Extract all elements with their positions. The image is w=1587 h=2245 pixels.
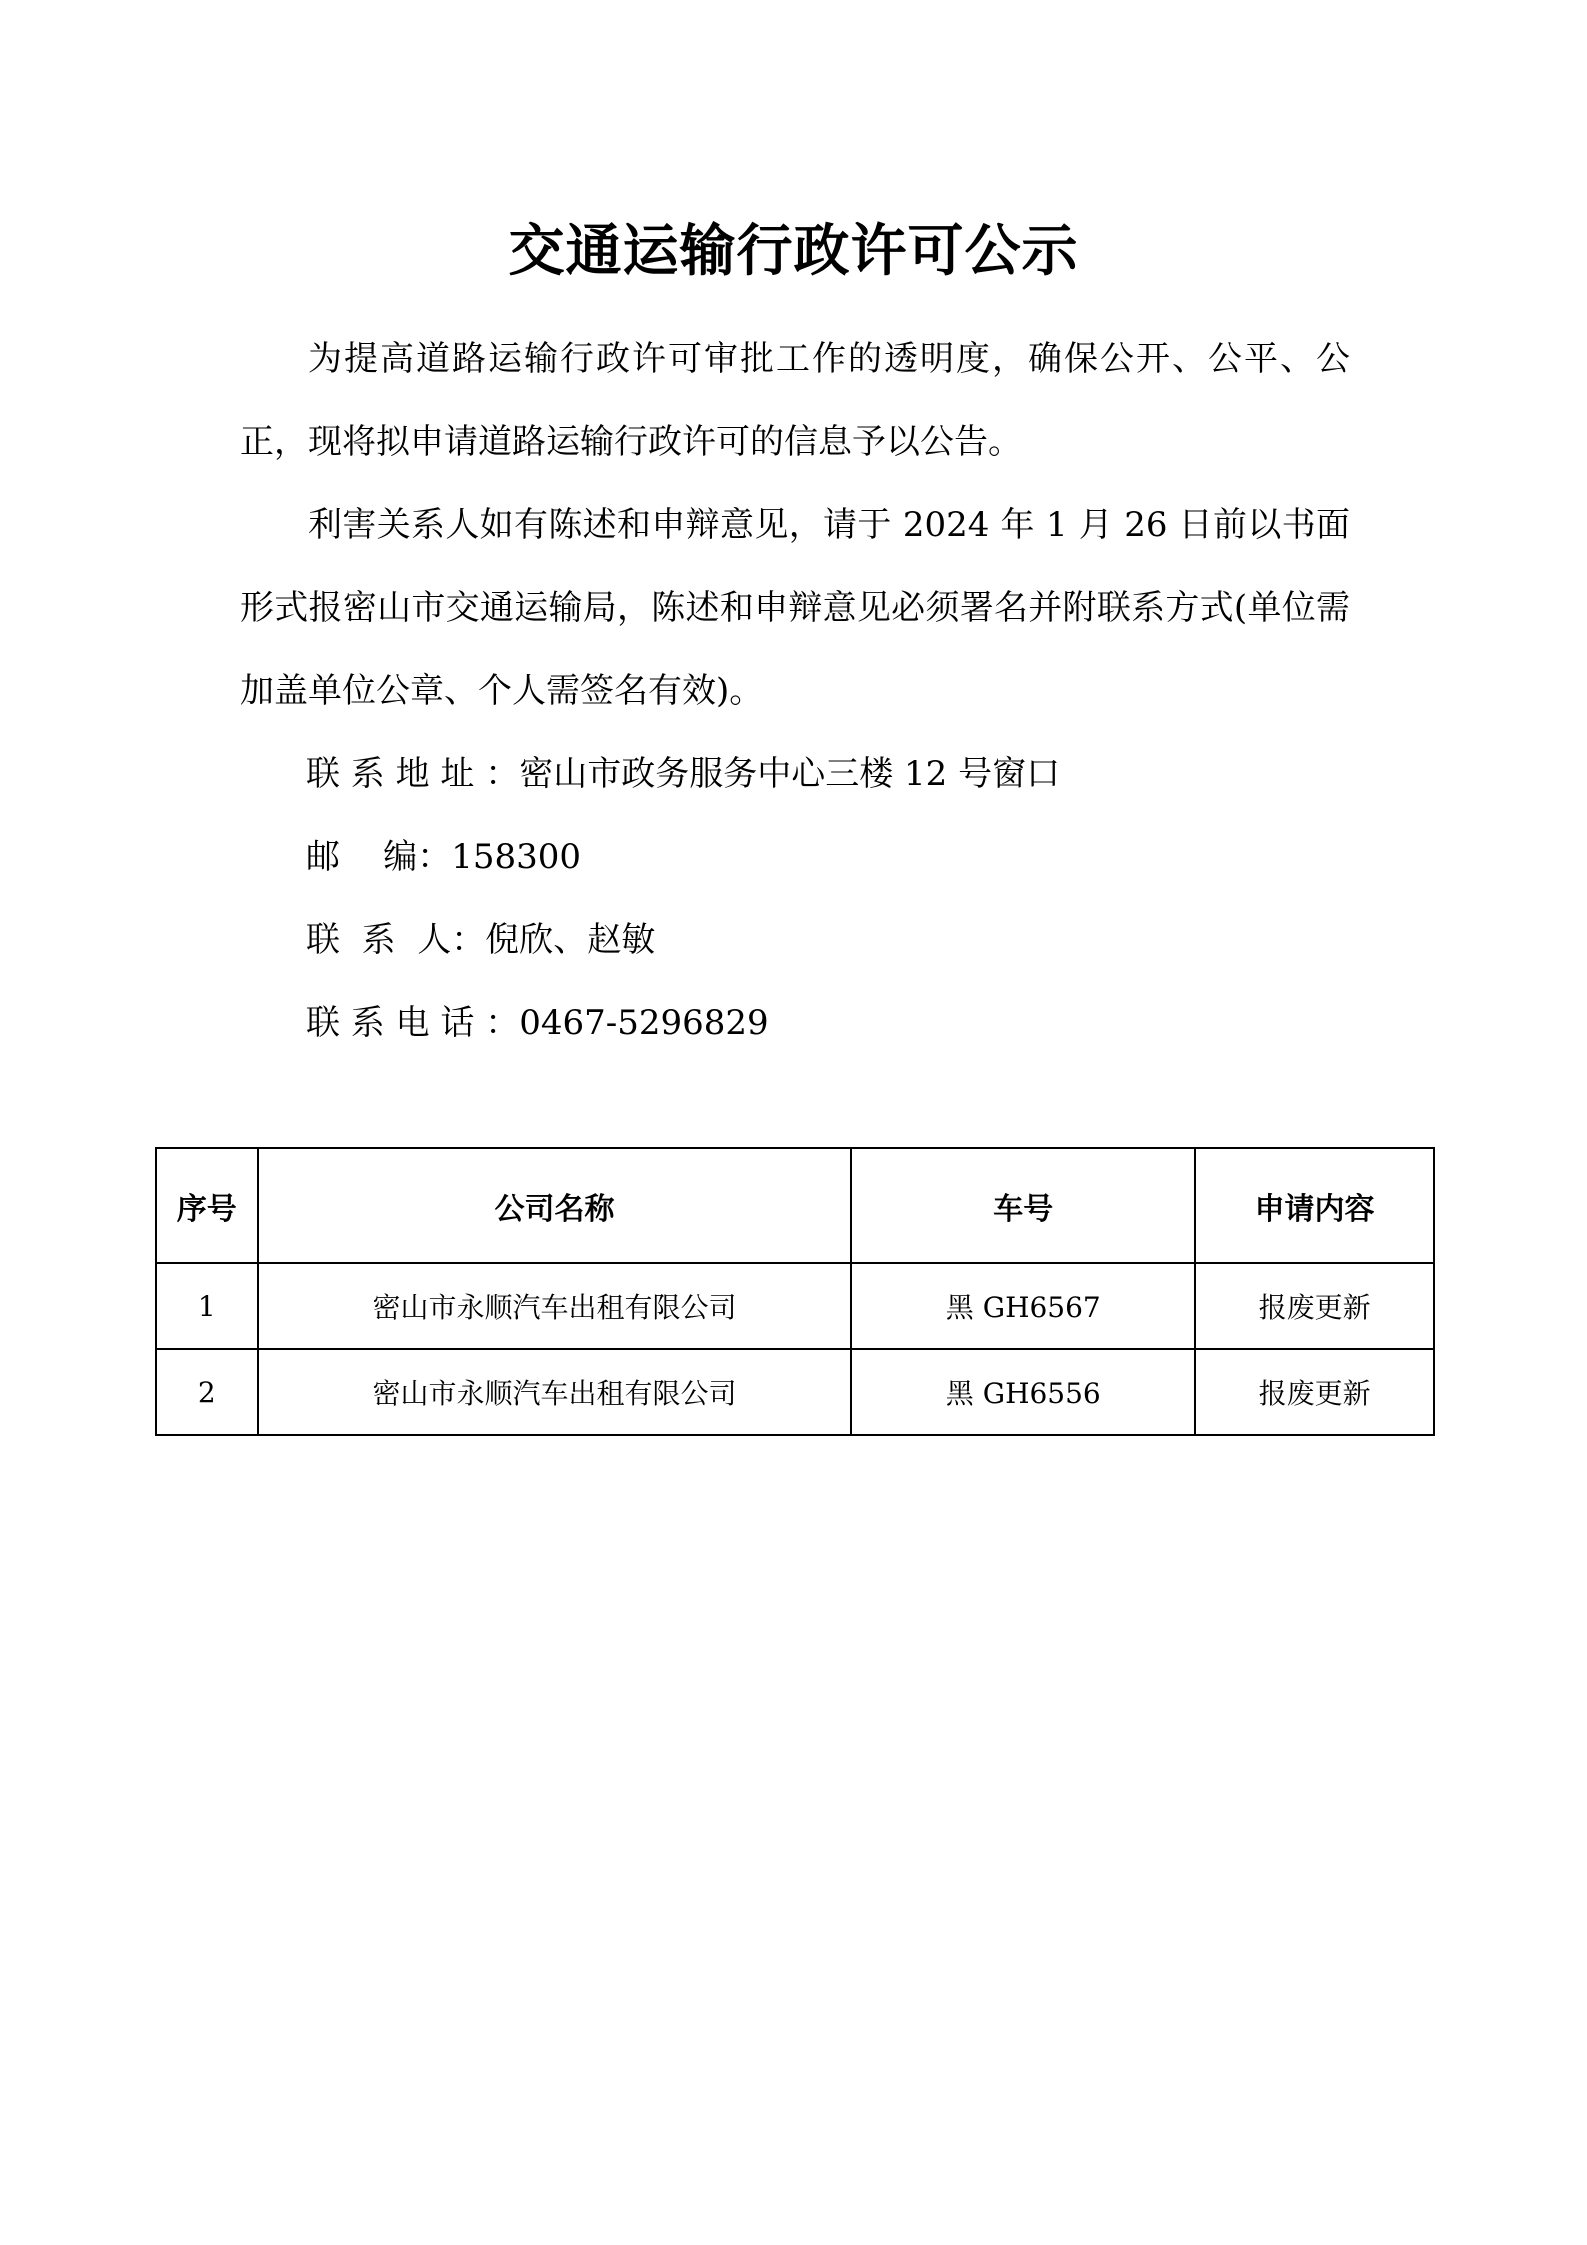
header-content: 申请内容	[1195, 1148, 1434, 1263]
contact-person-value: 倪欣、赵敏	[485, 920, 655, 960]
intro-paragraph: 为提高道路运输行政许可审批工作的透明度，确保公开、公平、公正，现将拟申请道路运输…	[240, 318, 1350, 484]
permit-table: 序号 公司名称 车号 申请内容 1 密山市永顺汽车出租有限公司 黑 GH6567…	[155, 1147, 1435, 1436]
contact-address: 联 系 地 址 ：密山市政务服务中心三楼 12 号窗口	[240, 733, 1350, 816]
cell-index: 1	[156, 1263, 258, 1349]
contact-phone-label: 联 系 电 话 ：	[306, 1003, 519, 1043]
cell-content: 报废更新	[1195, 1263, 1434, 1349]
contact-person-label: 联 系 人：	[306, 920, 485, 960]
contact-phone-value: 0467-5296829	[519, 1003, 768, 1043]
objection-paragraph: 利害关系人如有陈述和申辩意见，请于 2024 年 1 月 26 日前以书面形式报…	[240, 484, 1350, 733]
header-plate: 车号	[851, 1148, 1195, 1263]
cell-plate: 黑 GH6556	[851, 1349, 1195, 1435]
contact-address-value: 密山市政务服务中心三楼 12 号窗口	[519, 754, 1060, 794]
document-page: 交通运输行政许可公示 为提高道路运输行政许可审批工作的透明度，确保公开、公平、公…	[0, 0, 1587, 2245]
contact-postcode: 邮 编：158300	[240, 816, 1350, 899]
contact-person: 联 系 人：倪欣、赵敏	[240, 899, 1350, 982]
cell-company: 密山市永顺汽车出租有限公司	[258, 1263, 852, 1349]
table-row: 1 密山市永顺汽车出租有限公司 黑 GH6567 报废更新	[156, 1263, 1434, 1349]
page-title: 交通运输行政许可公示	[0, 212, 1587, 292]
header-index: 序号	[156, 1148, 258, 1263]
header-company: 公司名称	[258, 1148, 852, 1263]
contact-phone: 联 系 电 话 ：0467-5296829	[240, 982, 1350, 1065]
contact-postcode-label: 邮 编：	[306, 837, 451, 877]
table-row: 2 密山市永顺汽车出租有限公司 黑 GH6556 报废更新	[156, 1349, 1434, 1435]
contact-address-label: 联 系 地 址 ：	[306, 754, 519, 794]
cell-content: 报废更新	[1195, 1349, 1434, 1435]
cell-company: 密山市永顺汽车出租有限公司	[258, 1349, 852, 1435]
cell-plate: 黑 GH6567	[851, 1263, 1195, 1349]
cell-index: 2	[156, 1349, 258, 1435]
table-header-row: 序号 公司名称 车号 申请内容	[156, 1148, 1434, 1263]
contact-postcode-value: 158300	[451, 837, 581, 877]
notice-body: 为提高道路运输行政许可审批工作的透明度，确保公开、公平、公正，现将拟申请道路运输…	[240, 318, 1350, 1065]
